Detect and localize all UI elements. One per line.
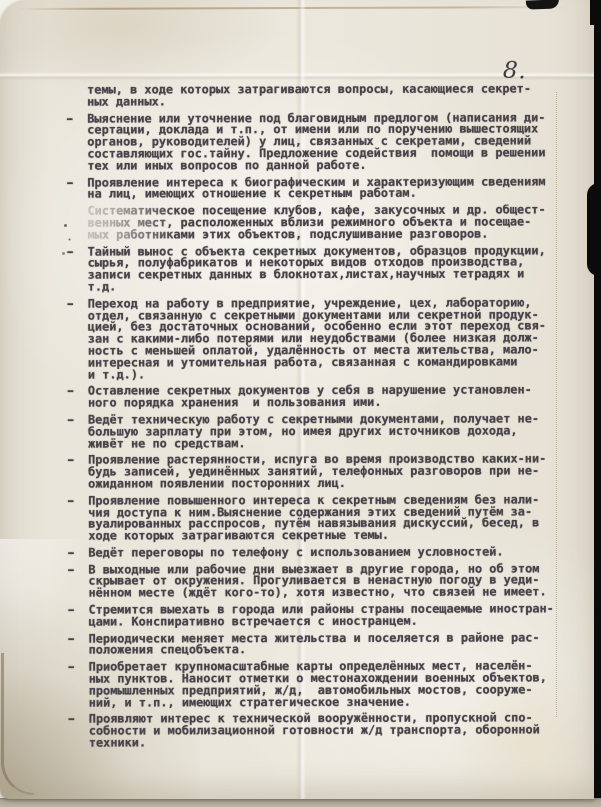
paragraph: - Проявление растерянности, испуга во вр… — [88, 454, 556, 491]
scan-edge-blob — [587, 183, 601, 276]
para-lines: В выходные или рабочие дни выезжает в др… — [88, 563, 556, 600]
text-line: ний, и т.п., имеющих стратегическое знач… — [89, 696, 557, 709]
text-line: ожиданном появлении посторонних лиц. — [88, 477, 556, 490]
para-lines: Систематическое посещение клубов, кафе, … — [87, 205, 555, 242]
ink-speck — [64, 224, 67, 227]
paragraph: - Проявляют интерес к технической вооруж… — [89, 713, 557, 750]
bullet-dash: - — [65, 177, 76, 189]
text-line: ного порядка хранения и пользования ими. — [88, 397, 556, 410]
bullet-dash: - — [66, 605, 77, 617]
para-lines: Ведёт техническую работу с секретными до… — [88, 413, 556, 450]
top-crease-line — [18, 6, 569, 10]
paragraph: темы, в ходе которых затрагиваются вопро… — [87, 83, 555, 108]
paragraph: - Стремится выехать в города или районы … — [88, 603, 556, 628]
bottom-left-curl — [1, 653, 34, 795]
bullet-dash: - — [66, 662, 77, 674]
para-lines: Выяснение или уточнение под благовидным … — [87, 112, 555, 172]
text-line: интересная и утомительная работа, связан… — [88, 356, 556, 369]
text-line: на лиц, имеющих отношение к секретным ра… — [87, 188, 555, 201]
text-line: живёт не по средствам. — [88, 437, 556, 450]
text-line: записи секретных данных в блокнотах,лист… — [88, 269, 556, 282]
text-line: цами. Конспиративно встречается с иностр… — [89, 615, 557, 628]
text-block: темы, в ходе которых затрагиваются вопро… — [87, 83, 557, 754]
bullet-dash: - — [66, 564, 77, 576]
paragraph: - Систематическое посещение клубов, кафе… — [87, 205, 555, 242]
text-line: мых работниками этих объектов, подслушив… — [88, 228, 556, 241]
para-lines: Проявление повышенного интереса к секрет… — [88, 494, 556, 542]
paragraph: - Ведёт техническую работу с секретными … — [88, 413, 556, 450]
para-lines: Проявление интереса к биографическим и х… — [87, 176, 555, 201]
bullet-dash: - — [65, 206, 76, 218]
para-lines: Стремится выехать в города или районы ст… — [88, 603, 556, 628]
paragraph: - Переход на работу в предприятие, учреж… — [88, 297, 556, 381]
bullet-dash: - — [64, 113, 75, 125]
bullet-dash: - — [66, 714, 77, 726]
bullet-dash: - — [65, 298, 76, 310]
bullet-dash: - — [65, 415, 76, 427]
para-lines: Проявляют интерес к технической вооружён… — [89, 713, 557, 750]
para-lines: Приобретает крупномасштабные карты опред… — [89, 661, 557, 709]
paragraph: - В выходные или рабочие дни выезжает в … — [88, 563, 556, 600]
para-lines: темы, в ходе которых затрагиваются вопро… — [87, 83, 555, 108]
para-lines: Периодически меняет места жительства и п… — [89, 632, 557, 657]
text-line: тех или иных вопросов по данной работе. — [87, 159, 555, 172]
para-lines: Проявление растерянности, испуга во врем… — [88, 454, 556, 491]
text-line: нённом месте (ждёт кого-то), хотя извест… — [88, 587, 556, 600]
scan-edge-right — [594, 0, 601, 798]
bullet-dash: - — [65, 455, 76, 467]
text-line: техники. — [89, 736, 557, 749]
text-line: т.д. — [88, 280, 556, 293]
text-line: и т.д.). — [88, 368, 556, 381]
para-lines: Переход на работу в предприятие, учрежде… — [88, 297, 556, 381]
bullet-dash: - — [65, 246, 76, 258]
text-line: Ведёт переговоры по телефону с использов… — [88, 546, 556, 559]
text-line: положения спецобъекта. — [89, 644, 557, 657]
paragraph: - Оставление секретных документов у себя… — [88, 385, 556, 410]
text-line: ных данных. — [87, 95, 555, 108]
paragraph: - Выяснение или уточнение под благовидны… — [87, 112, 555, 172]
paragraph: - Проявление повышенного интереса к секр… — [88, 494, 556, 542]
para-lines: Оставление секретных документов у себя в… — [88, 385, 556, 410]
para-lines: Тайный вынос с объекта секретных докумен… — [88, 245, 556, 293]
text-line: ходе которых затрагиваются секретные тем… — [88, 529, 556, 542]
bullet-dash: - — [66, 633, 77, 645]
bullet-dash: - — [65, 386, 76, 398]
paragraph: - Проявление интереса к биографическим и… — [87, 176, 555, 201]
paragraph: - Приобретает крупномасштабные карты опр… — [89, 661, 557, 709]
page-sheet: 8. темы, в ходе которых затрагиваются во… — [0, 0, 595, 799]
underlying-page-edge — [0, 798, 601, 807]
paragraph: - Тайный вынос с объекта секретных докум… — [88, 245, 556, 293]
bullet-dash: - — [66, 548, 77, 560]
paragraph: - Ведёт переговоры по телефону с использ… — [88, 546, 556, 559]
scan-edge-top-right-corner — [590, 0, 601, 25]
scanned-document-photo: 8. темы, в ходе которых затрагиваются во… — [0, 0, 601, 807]
para-lines: Ведёт переговоры по телефону с использов… — [88, 546, 556, 559]
bullet-dash: - — [65, 495, 76, 507]
text-line: собности и мобилизационной готовности ж/… — [89, 725, 557, 738]
paragraph: - Периодически меняет места жительства и… — [89, 632, 557, 657]
